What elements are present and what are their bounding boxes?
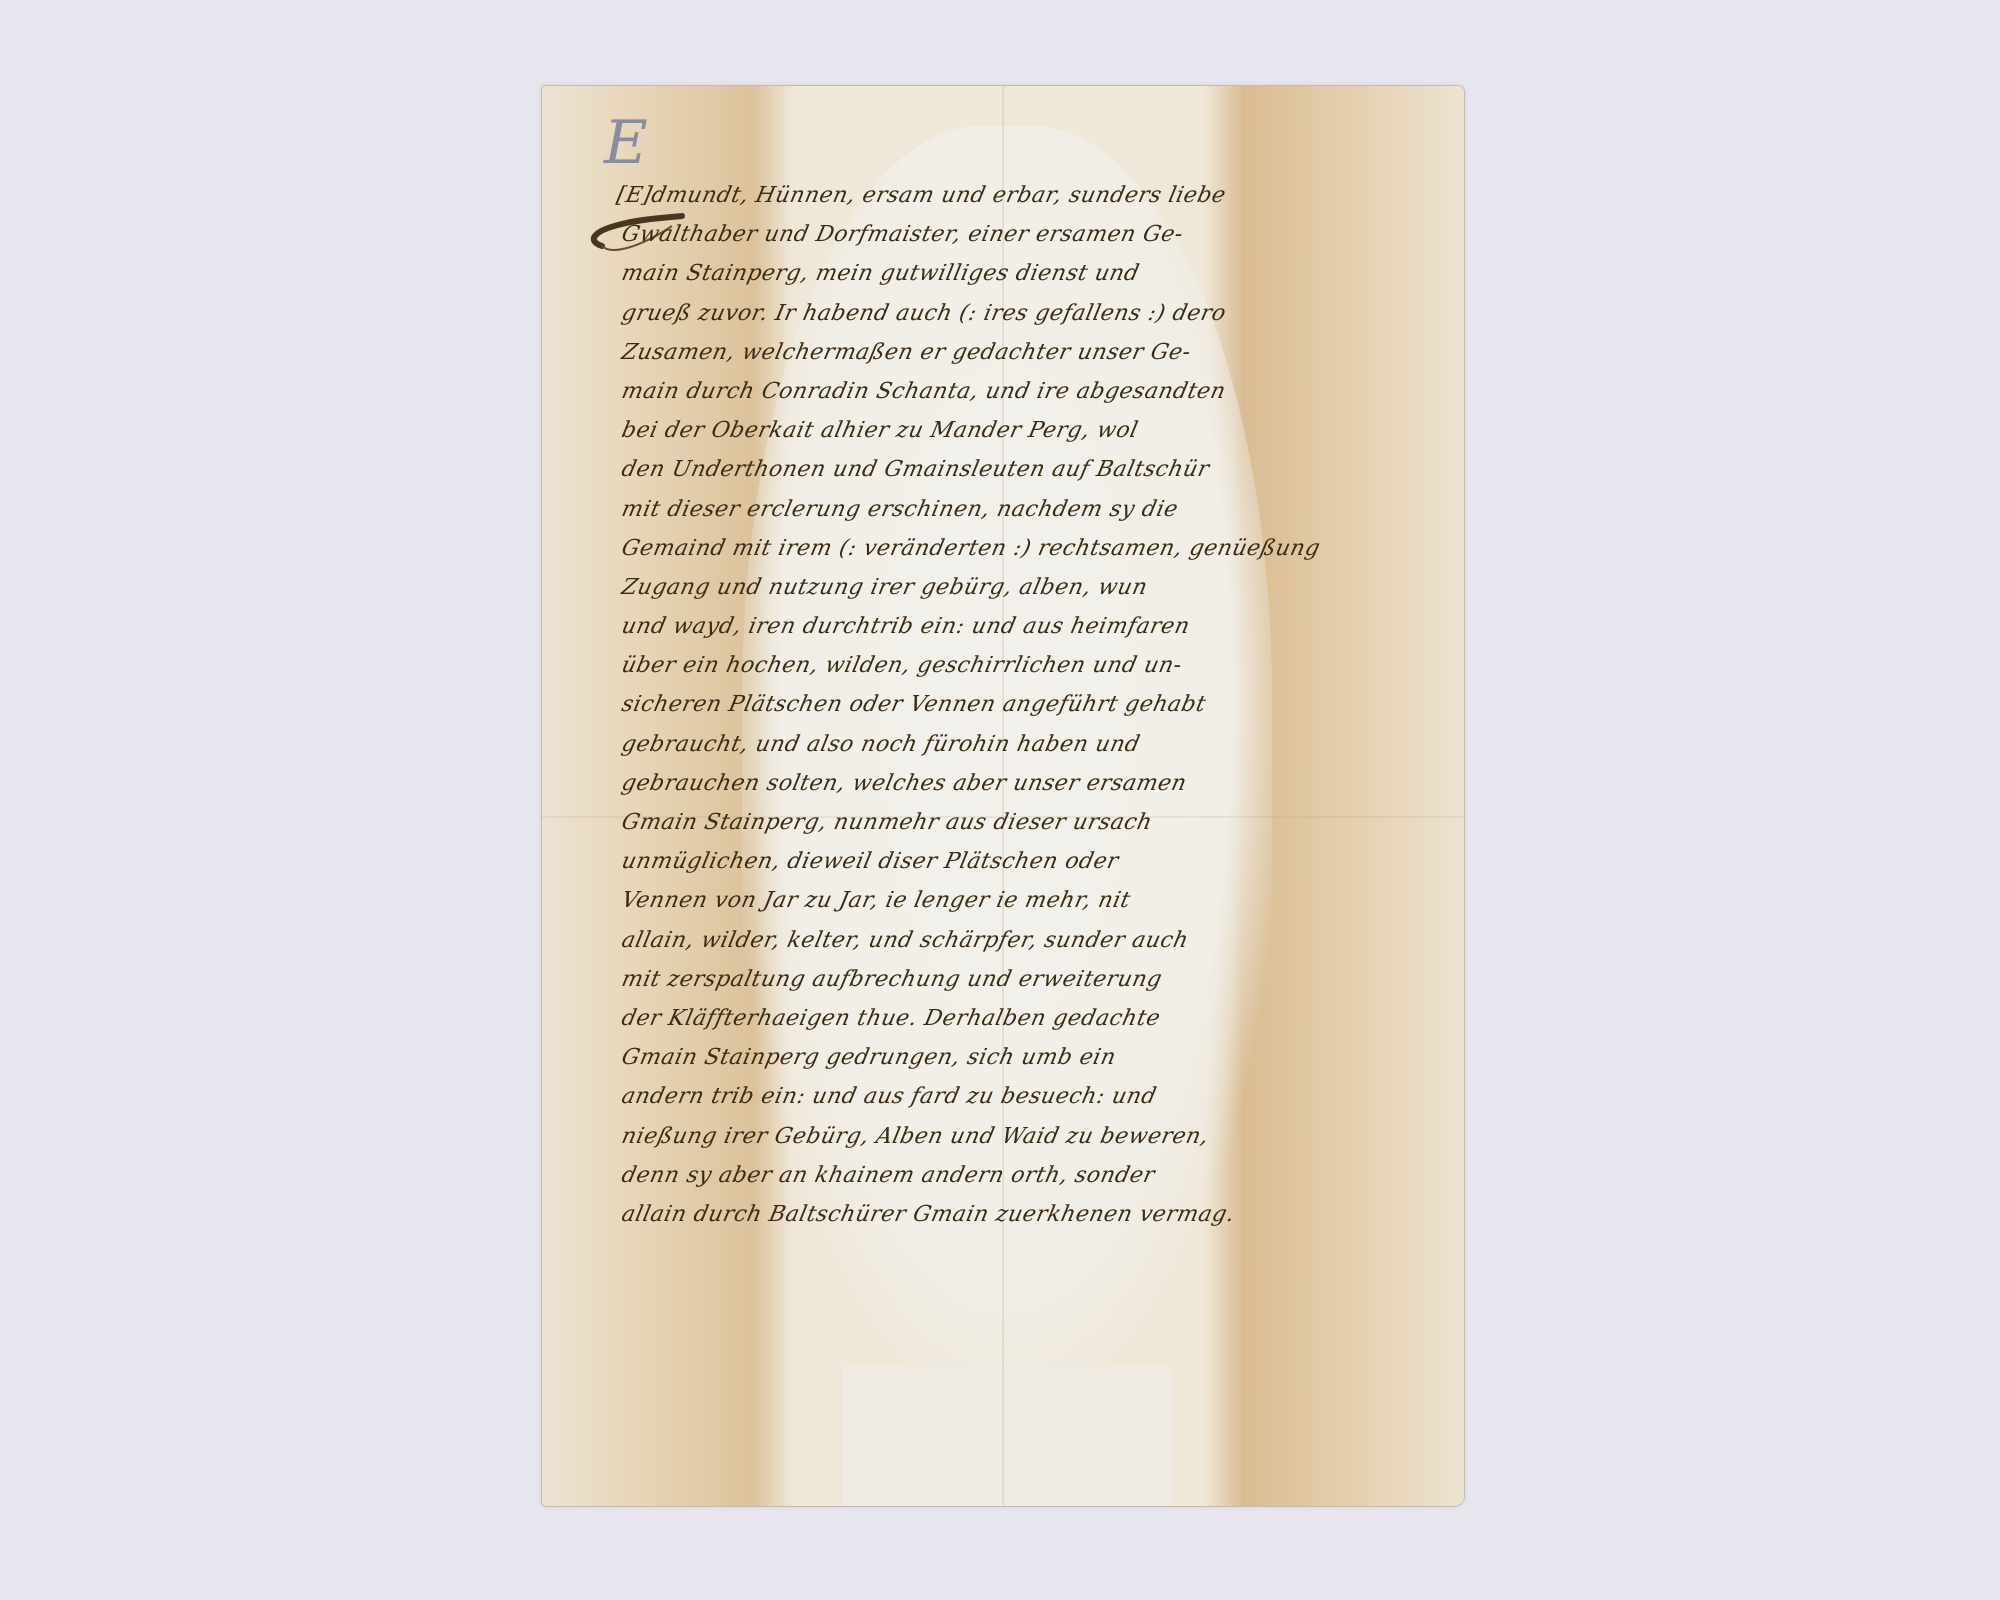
text-line: [E]dmundt, Hünnen, ersam und erbar, sund…: [578, 176, 1456, 215]
bleached-bottom-area: [842, 1366, 1172, 1506]
text-line: Gmain Stainperg, nunmehr aus dieser ursa…: [578, 803, 1456, 842]
text-line: Gmain Stainperg gedrungen, sich umb ein: [578, 1038, 1456, 1077]
text-line: und wayd, iren durchtrib ein: und aus he…: [578, 607, 1456, 646]
text-line: main Stainperg, mein gutwilliges dienst …: [578, 254, 1456, 293]
text-line: den Underthonen und Gmainsleuten auf Bal…: [578, 450, 1456, 489]
text-line: bei der Oberkait alhier zu Mander Perg, …: [578, 411, 1456, 450]
text-line: gebraucht, und also noch fürohin haben u…: [578, 725, 1456, 764]
text-line: grueß zuvor. Ir habend auch (: ires gefa…: [578, 294, 1456, 333]
text-line: main durch Conradin Schanta, und ire abg…: [578, 372, 1456, 411]
text-line: Gwalthaber und Dorfmaister, einer ersame…: [578, 215, 1456, 254]
text-line: nießung irer Gebürg, Alben und Waid zu b…: [578, 1117, 1456, 1156]
text-line: über ein hochen, wilden, geschirrlichen …: [578, 646, 1456, 685]
text-line: der Kläffterhaeigen thue. Derhalben geda…: [578, 999, 1456, 1038]
text-line: allain durch Baltschürer Gmain zuerkhene…: [578, 1195, 1456, 1234]
text-line: unmüglichen, dieweil diser Plätschen ode…: [578, 842, 1456, 881]
manuscript-text: [E]dmundt, Hünnen, ersam und erbar, sund…: [582, 176, 1452, 1234]
text-line: mit dieser erclerung erschinen, nachdem …: [578, 490, 1456, 529]
text-line: andern trib ein: und aus fard zu besuech…: [578, 1077, 1456, 1116]
text-line: denn sy aber an khainem andern orth, son…: [578, 1156, 1456, 1195]
text-line: Vennen von Jar zu Jar, ie lenger ie mehr…: [578, 881, 1456, 920]
text-line: allain, wilder, kelter, und schärpfer, s…: [578, 921, 1456, 960]
text-line: mit zerspaltung aufbrechung und erweiter…: [578, 960, 1456, 999]
text-line: Zusamen, welchermaßen er gedachter unser…: [578, 333, 1456, 372]
manuscript-page: E [E]dmundt, Hünnen, ersam und erbar, su…: [542, 86, 1464, 1506]
text-line: gebrauchen solten, welches aber unser er…: [578, 764, 1456, 803]
pencil-initial: E: [604, 108, 648, 178]
text-line: sicheren Plätschen oder Vennen angeführt…: [578, 685, 1456, 724]
text-line: Zugang und nutzung irer gebürg, alben, w…: [578, 568, 1456, 607]
text-line: Gemaind mit irem (: veränderten :) recht…: [578, 529, 1456, 568]
